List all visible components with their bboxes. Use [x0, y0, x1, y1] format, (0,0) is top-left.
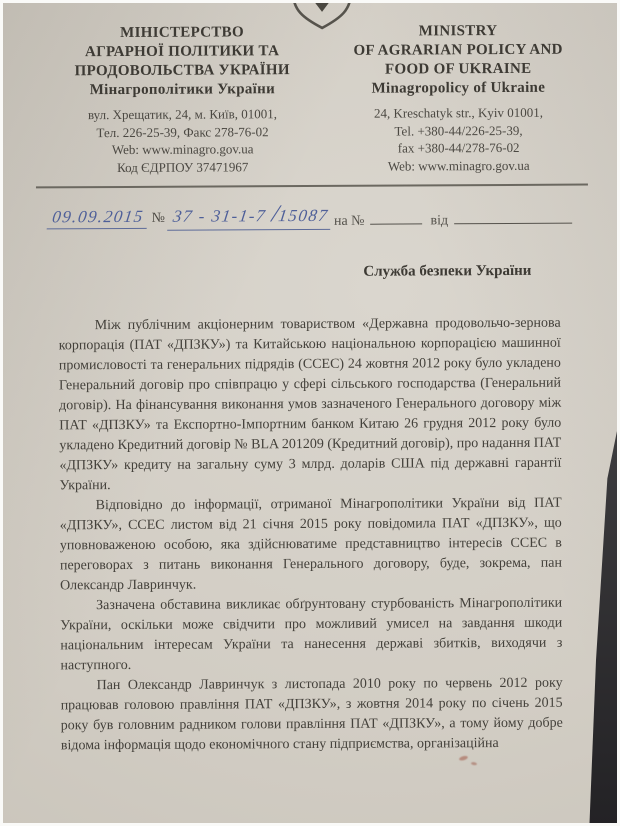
ukraine-trident-shield-icon [289, 0, 355, 39]
reply-date-blank [454, 211, 572, 225]
org-address-en: 24, Kreschatyk str., Kyiv 01001, Tel. +3… [325, 104, 592, 175]
document-page: МІНІСТЕРСТВО АГРАРНОЇ ПОЛІТИКИ ТА ПРОДОВ… [3, 1, 620, 824]
org-name-line: MINISTRY [325, 22, 591, 42]
reply-number-blank [370, 211, 422, 224]
org-name-line: OF AGRARIAN POLICY AND [325, 41, 591, 61]
org-address-uk: вул. Хрещатик, 24, м. Київ, 01001, Тел. … [40, 105, 326, 176]
edrpou-code-line: Код ЄДРПОУ 37471967 [40, 157, 326, 176]
letter-body: Між публічним акціонерним товариством «Д… [59, 314, 563, 757]
website-line: Web: www.minagro.gov.ua [326, 156, 592, 175]
body-paragraph: Зазначена обставина викликає обґрунтован… [60, 594, 562, 677]
org-short-name: Minagropolicy of Ukraine [325, 79, 591, 99]
addressee: Служба безпеки України [342, 263, 552, 281]
address-line: 24, Kreschatyk str., Kyiv 01001, [325, 104, 591, 123]
scanned-letter-photo: МІНІСТЕРСТВО АГРАРНОЇ ПОЛІТИКИ ТА ПРОДОВ… [0, 0, 620, 826]
address-line: fax +380-44/278-76-02 [325, 139, 591, 158]
pen-smudge [471, 762, 477, 766]
address-line: Tel. +380-44/226-25-39, [325, 121, 591, 140]
org-short-name: Мінагрополітики України [39, 80, 325, 100]
reply-reference: на №від [334, 211, 572, 230]
letterhead-english: MINISTRY OF AGRARIAN POLICY AND FOOD OF … [325, 22, 592, 175]
letterhead-ukrainian: МІНІСТЕРСТВО АГРАРНОЇ ПОЛІТИКИ ТА ПРОДОВ… [39, 23, 326, 176]
org-name-line: МІНІСТЕРСТВО [39, 23, 325, 43]
org-name-line: АГРАРНОЇ ПОЛІТИКИ ТА [39, 42, 325, 62]
body-paragraph: Відповідно до інформації, отриманої Міна… [60, 494, 563, 597]
reply-no-label: на № [334, 214, 365, 229]
org-name-line: ПРОДОВОЛЬСТВА УКРАЇНИ [39, 61, 325, 81]
website-line: Web: www.minagro.gov.ua [40, 140, 326, 159]
number-sign: № [152, 211, 165, 226]
org-name-line: FOOD OF UKRAINE [325, 60, 591, 80]
address-line: вул. Хрещатик, 24, м. Київ, 01001, [40, 105, 326, 124]
handwritten-number: 37 - 31-1-7 /15087 [167, 201, 334, 231]
body-paragraph: Між публічним акціонерним товариством «Д… [59, 314, 562, 497]
reference-row: 09.09.2015№37 - 31-1-7 /15087 на №від [4, 185, 618, 231]
pen-smudge [459, 755, 469, 761]
outgoing-reference: 09.09.2015№37 - 31-1-7 /15087 [48, 201, 332, 231]
reply-date-label: від [430, 213, 448, 228]
address-line: Тел. 226-25-39, Факс 278-76-02 [40, 122, 326, 141]
body-paragraph: Пан Олександр Лавринчук з листопада 2010… [61, 674, 563, 757]
handwritten-date: 09.09.2015 [47, 207, 149, 230]
